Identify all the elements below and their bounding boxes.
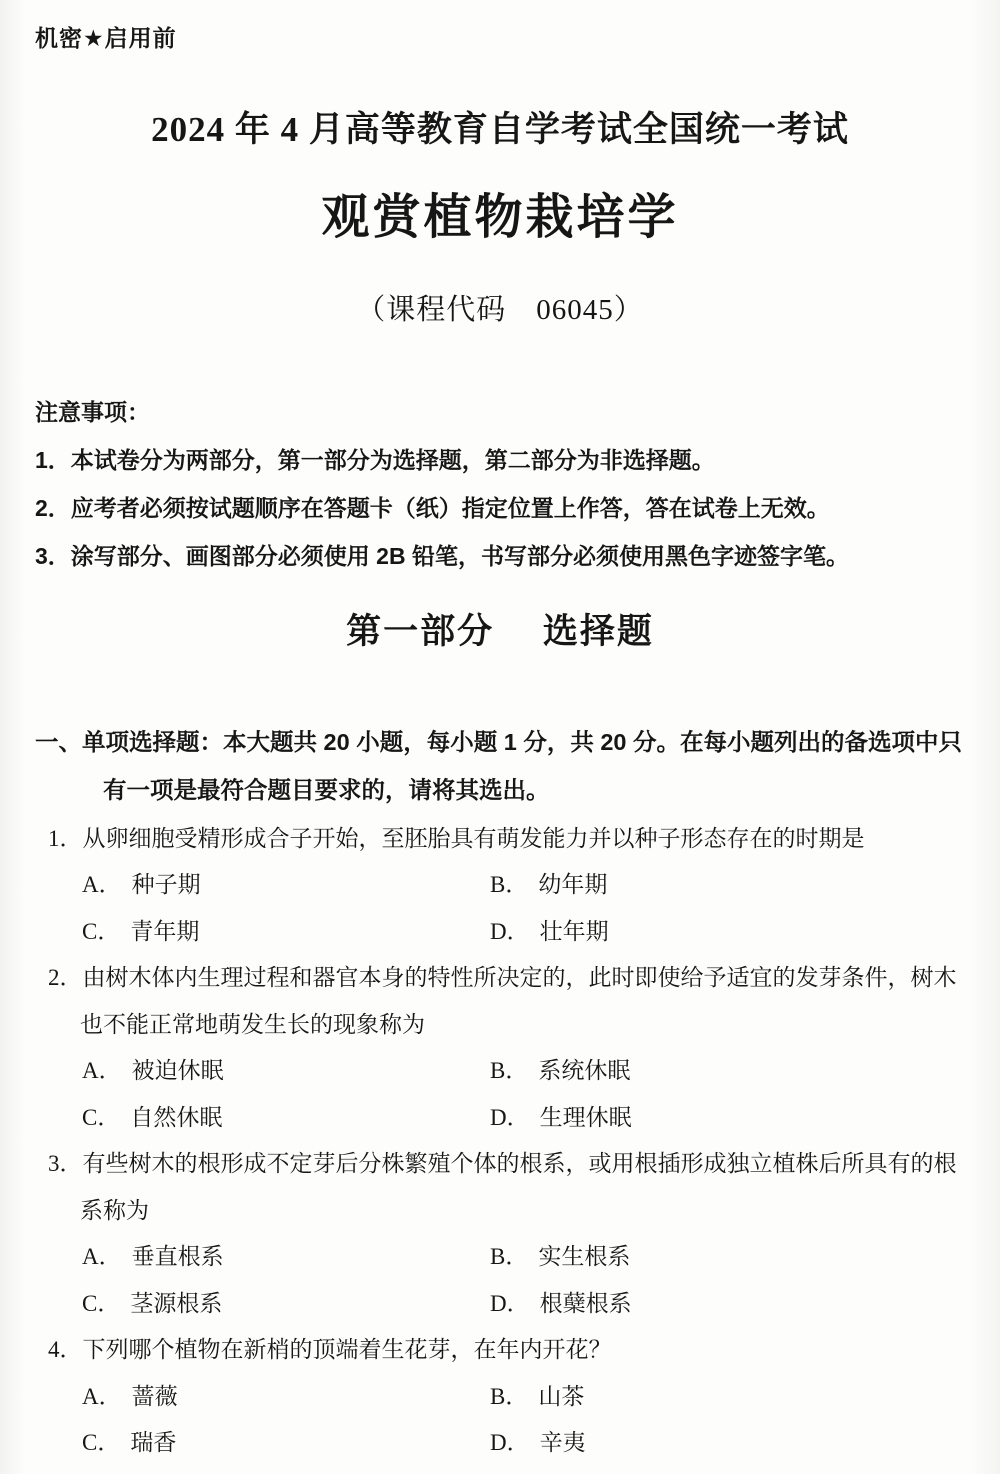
question-stem: 3．有些树木的根形成不定芽后分株繁殖个体的根系，或用根插形成独立植株后所具有的根… [48, 1141, 965, 1234]
option-text: 垂直根系 [132, 1244, 224, 1269]
option-c: C．自然休眠 [82, 1095, 490, 1142]
exam-session-title: 2024 年 4 月高等教育自学考试全国统一考试 [35, 106, 965, 153]
option-text: 生理休眠 [540, 1105, 632, 1130]
exam-paper-page: 机密★启用前 2024 年 4 月高等教育自学考试全国统一考试 观赏植物栽培学 … [0, 0, 1000, 1474]
option-label: B． [490, 872, 528, 897]
question-number: 1． [48, 826, 83, 851]
question-stem: 4．下列哪个植物在新梢的顶端着生花芽，在年内开花？ [48, 1327, 965, 1374]
notice-heading: 注意事项： [35, 388, 965, 436]
option-a: A．被迫休眠 [82, 1048, 490, 1095]
question-stem: 2．由树木体内生理过程和器官本身的特性所决定的，此时即使给予适宜的发芽条件，树木… [48, 955, 965, 1048]
option-label: B． [490, 1244, 528, 1269]
option-text: 瑞香 [130, 1430, 176, 1455]
question-text: 从卵细胞受精形成合子开始，至胚胎具有萌发能力并以种子形态存在的时期是 [83, 826, 865, 851]
option-label: D． [490, 1291, 530, 1316]
question-options: A．蔷薇 B．山茶 C．瑞香 D．辛夷 [48, 1374, 965, 1467]
question-options: A．种子期 B．幼年期 C．青年期 D．壮年期 [48, 862, 965, 955]
question-1: 1．从卵细胞受精形成合子开始，至胚胎具有萌发能力并以种子形态存在的时期是 A．种… [48, 816, 965, 956]
notice-section: 注意事项： 1．本试卷分为两部分，第一部分为选择题，第二部分为非选择题。 2．应… [35, 388, 965, 580]
option-label: B． [490, 1058, 528, 1083]
option-b: B．系统休眠 [490, 1048, 965, 1095]
question-text: 由树木体内生理过程和器官本身的特性所决定的，此时即使给予适宜的发芽条件，树木也不… [80, 965, 957, 1037]
option-label: C． [82, 1105, 120, 1130]
option-a: A．垂直根系 [82, 1234, 490, 1281]
question-stem: 1．从卵细胞受精形成合子开始，至胚胎具有萌发能力并以种子形态存在的时期是 [48, 816, 965, 863]
question-text: 下列哪个植物在新梢的顶端着生花芽，在年内开花？ [83, 1337, 612, 1362]
option-d: D．根蘖根系 [490, 1281, 965, 1328]
option-b: B．山茶 [490, 1374, 965, 1421]
option-label: A． [82, 1244, 122, 1269]
option-text: 实生根系 [538, 1244, 630, 1269]
notice-item-1: 1．本试卷分为两部分，第一部分为选择题，第二部分为非选择题。 [35, 436, 965, 484]
option-label: D． [490, 1105, 530, 1130]
question-3: 3．有些树木的根形成不定芽后分株繁殖个体的根系，或用根插形成独立植株后所具有的根… [48, 1141, 965, 1327]
question-number: 3． [48, 1151, 83, 1176]
option-b: B．实生根系 [490, 1234, 965, 1281]
notice-item-3: 3．涂写部分、画图部分必须使用 2B 铅笔，书写部分必须使用黑色字迹签字笔。 [35, 532, 965, 580]
option-d: D．生理休眠 [490, 1095, 965, 1142]
option-text: 蔷薇 [132, 1384, 178, 1409]
option-text: 系统休眠 [538, 1058, 630, 1083]
option-c: C．青年期 [82, 909, 490, 956]
option-label: A． [82, 1058, 122, 1083]
option-c: C．茎源根系 [82, 1281, 490, 1328]
question-list: 1．从卵细胞受精形成合子开始，至胚胎具有萌发能力并以种子形态存在的时期是 A．种… [48, 816, 965, 1467]
subject-title: 观赏植物栽培学 [35, 189, 965, 247]
option-text: 辛夷 [540, 1430, 586, 1455]
option-label: D． [490, 919, 530, 944]
option-label: C． [82, 1291, 120, 1316]
option-label: D． [490, 1430, 530, 1455]
option-text: 种子期 [132, 872, 201, 897]
option-label: A． [82, 1384, 122, 1409]
question-options: A．被迫休眠 B．系统休眠 C．自然休眠 D．生理休眠 [48, 1048, 965, 1141]
question-options: A．垂直根系 B．实生根系 C．茎源根系 D．根蘖根系 [48, 1234, 965, 1327]
question-number: 2． [48, 965, 83, 990]
notice-item-2: 2．应考者必须按试题顺序在答题卡（纸）指定位置上作答，答在试卷上无效。 [35, 484, 965, 532]
option-a: A．蔷薇 [82, 1374, 490, 1421]
section-instruction: 一、单项选择题：本大题共 20 小题，每小题 1 分，共 20 分。在每小题列出… [35, 718, 965, 814]
question-4: 4．下列哪个植物在新梢的顶端着生花芽，在年内开花？ A．蔷薇 B．山茶 C．瑞香… [48, 1327, 965, 1467]
classification-label: 机密★启用前 [35, 24, 965, 54]
option-text: 茎源根系 [130, 1291, 222, 1316]
option-text: 幼年期 [538, 872, 607, 897]
option-c: C．瑞香 [82, 1420, 490, 1467]
option-b: B．幼年期 [490, 862, 965, 909]
option-text: 壮年期 [540, 919, 609, 944]
option-label: A． [82, 872, 122, 897]
option-a: A．种子期 [82, 862, 490, 909]
option-text: 被迫休眠 [132, 1058, 224, 1083]
course-code: （课程代码 06045） [35, 291, 965, 330]
question-number: 4． [48, 1337, 83, 1362]
option-text: 山茶 [538, 1384, 584, 1409]
option-label: B． [490, 1384, 528, 1409]
option-text: 青年期 [130, 919, 199, 944]
question-2: 2．由树木体内生理过程和器官本身的特性所决定的，此时即使给予适宜的发芽条件，树木… [48, 955, 965, 1141]
part-one-heading: 第一部分 选择题 [35, 608, 965, 656]
option-d: D．壮年期 [490, 909, 965, 956]
question-text: 有些树木的根形成不定芽后分株繁殖个体的根系，或用根插形成独立植株后所具有的根系称… [80, 1151, 957, 1223]
option-label: C． [82, 1430, 120, 1455]
option-text: 自然休眠 [130, 1105, 222, 1130]
option-text: 根蘖根系 [540, 1291, 632, 1316]
option-d: D．辛夷 [490, 1420, 965, 1467]
option-label: C． [82, 919, 120, 944]
